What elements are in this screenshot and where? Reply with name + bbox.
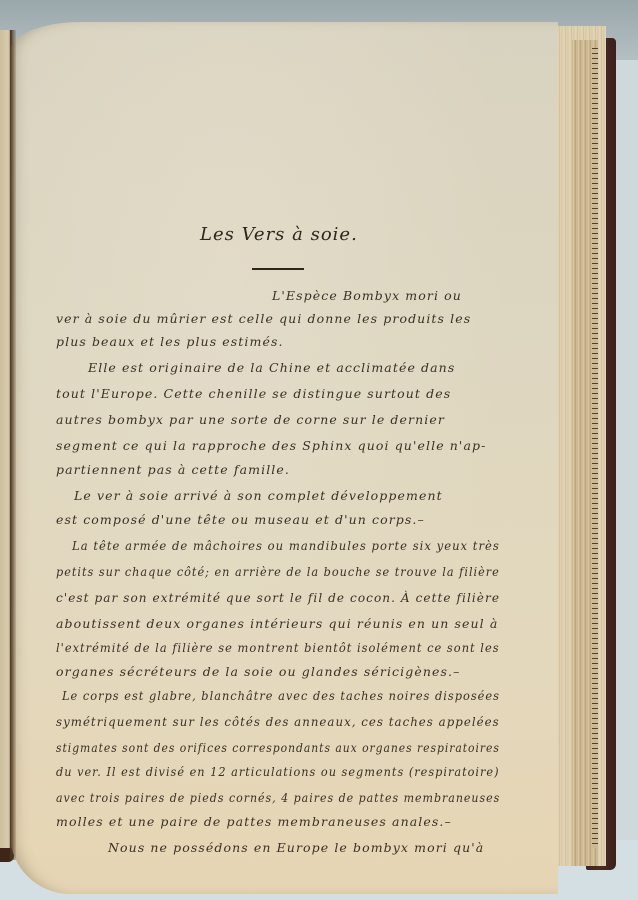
text-line: segment ce qui la rapproche des Sphinx q… — [56, 438, 486, 453]
text-line: avec trois paires de pieds cornés, 4 pai… — [56, 790, 500, 805]
text-line: Elle est originaire de la Chine et accli… — [88, 360, 455, 375]
text-line: partiennent pas à cette famille. — [56, 462, 290, 477]
page-edge-marks — [592, 48, 598, 848]
text-line: c'est par son extrémité que sort le fil … — [56, 590, 500, 605]
title-underline — [252, 268, 304, 270]
text-line: petits sur chaque côté; en arrière de la… — [56, 564, 500, 579]
text-line: stigmates sont des orifices correspondan… — [56, 740, 500, 755]
text-line: Nous ne possédons en Europe le bombyx mo… — [108, 840, 484, 855]
text-line: du ver. Il est divisé en 12 articulation… — [56, 764, 500, 779]
text-line: ver à soie du mûrier est celle qui donne… — [56, 311, 471, 326]
text-line: molles et une paire de pattes membraneus… — [56, 814, 452, 829]
text-line: La tête armée de mâchoires ou mandibules… — [72, 538, 500, 553]
text-line: Le corps est glabre, blanchâtre avec des… — [62, 688, 500, 703]
text-line: plus beaux et les plus estimés. — [56, 334, 284, 349]
text-line: tout l'Europe. Cette chenille se disting… — [56, 386, 451, 401]
text-line: aboutissent deux organes intérieurs qui … — [56, 616, 498, 631]
text-line: L'Espèce Bombyx mori ou — [272, 288, 462, 303]
text-line: l'extrémité de la filière se montrent bi… — [56, 640, 500, 655]
page-title: Les Vers à soie. — [200, 224, 358, 245]
text-line: est composé d'une tête ou museau et d'un… — [56, 512, 425, 527]
gutter-shadow — [10, 30, 16, 860]
text-line: Le ver à soie arrivé à son complet dével… — [74, 488, 443, 503]
text-line: autres bombyx par une sorte de corne sur… — [56, 412, 445, 427]
text-line: symétriquement sur les côtés des anneaux… — [56, 714, 500, 729]
text-line: organes sécréteurs de la soie ou glandes… — [56, 664, 460, 679]
